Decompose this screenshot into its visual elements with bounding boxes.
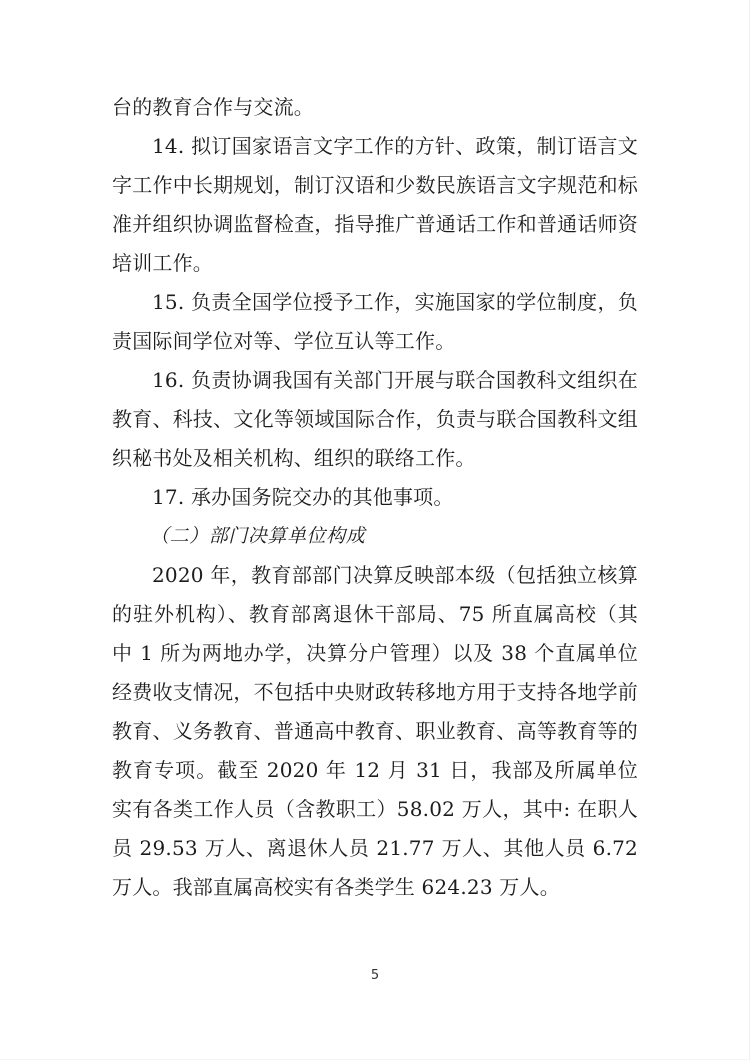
paragraph-item-14: 14. 拟订国家语言文字工作的方针、政策，制订语言文字工作中长期规划，制订汉语和… <box>112 127 638 283</box>
document-body: 台的教育合作与交流。 14. 拟订国家语言文字工作的方针、政策，制订语言文字工作… <box>112 88 638 907</box>
paragraph-unit-composition-body: 2020 年，教育部部门决算反映部本级（包括独立核算的驻外机构）、教育部离退休干… <box>112 556 638 907</box>
page-number: 5 <box>0 968 750 984</box>
paragraph-item-15: 15. 负责全国学位授予工作，实施国家的学位制度，负责国际间学位对等、学位互认等… <box>112 283 638 361</box>
document-page: 台的教育合作与交流。 14. 拟订国家语言文字工作的方针、政策，制订语言文字工作… <box>0 0 750 1060</box>
section-heading-unit-composition: （二）部门决算单位构成 <box>112 517 638 556</box>
paragraph-item-17: 17. 承办国务院交办的其他事项。 <box>112 478 638 517</box>
paragraph-item-16: 16. 负责协调我国有关部门开展与联合国教科文组织在教育、科技、文化等领域国际合… <box>112 361 638 478</box>
paragraph-continuation: 台的教育合作与交流。 <box>112 88 638 127</box>
